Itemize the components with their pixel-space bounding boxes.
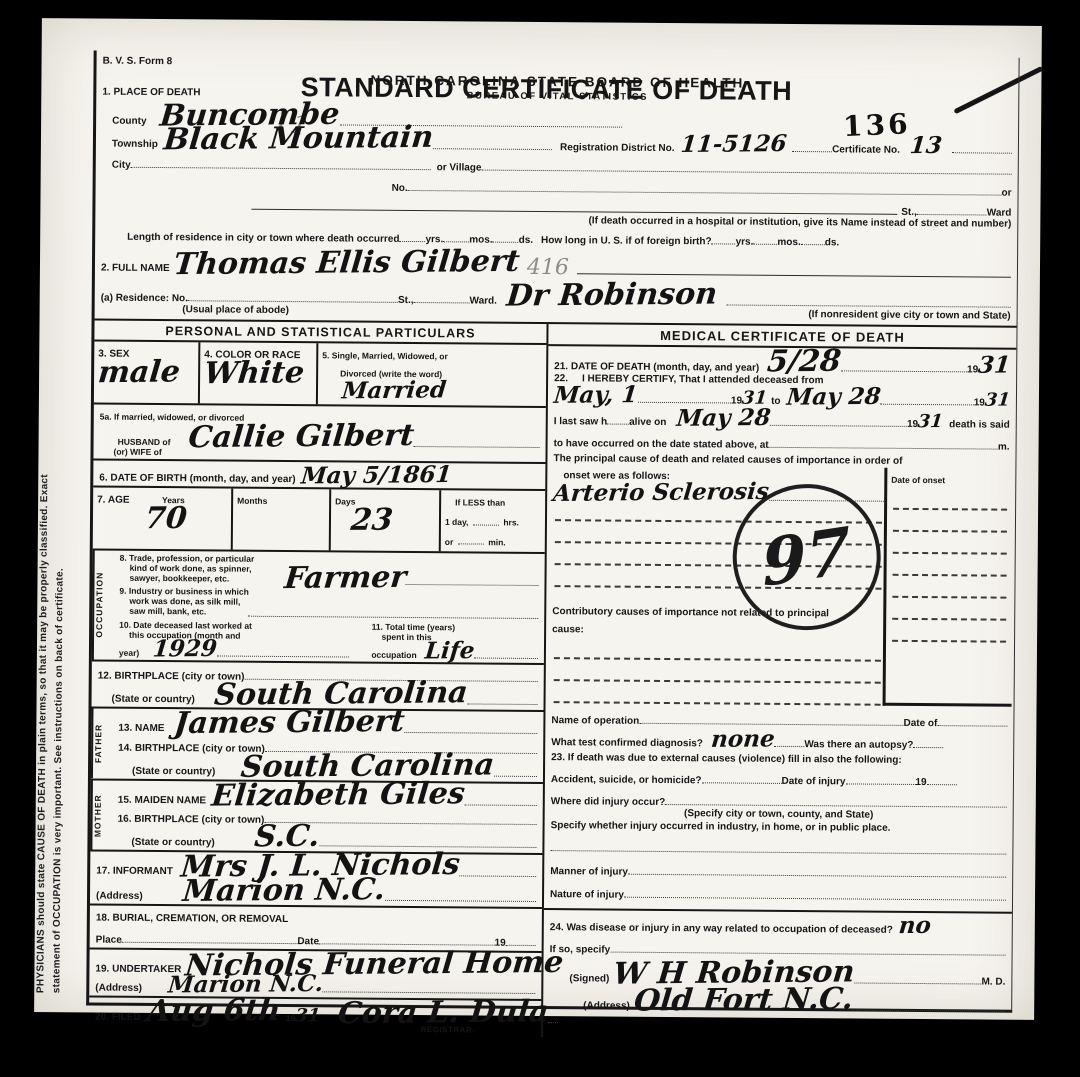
dotted-line [770,411,907,427]
occurred-label: to have occurred on the date stated abov… [554,438,769,451]
occupation-content: 8. Trade, profession, or particular kind… [113,551,545,663]
father-name-label: 13. NAME [118,723,164,734]
township-value: Black Mountain [163,127,435,152]
village-label: or Village [437,163,482,174]
father-content: 13. NAME James Gilbert 14. BIRTHPLACE (c… [112,709,544,782]
specify-note-row: Specify whether injury occurred in indus… [545,820,1013,835]
place-of-death-label: 1. PLACE OF DEATH [102,86,200,98]
dotted-line [880,390,974,405]
external-causes-label: 23. If death was due to external causes … [551,752,902,766]
abode-note: (Usual place of abode) [101,304,371,317]
dotted-line [414,433,540,449]
dotted-line [665,790,1007,807]
dotted-line [406,571,539,587]
ds-label: ds. [825,237,840,248]
dod-value: 5/28 [766,351,842,374]
dotted-line [917,200,987,215]
lastworked-value: 1929 [152,640,218,658]
ward-label2: Ward. [469,296,497,307]
doctor-name-value: Dr Robinson [506,284,719,308]
years-value: 70 [144,508,188,531]
father-side-label: FATHER [91,708,113,778]
manner-label: Manner of injury [550,866,628,878]
blank-contrib-line [554,679,881,684]
dod-year-value: 31 [977,357,1011,375]
filed-block: 20. FILED Aug 6th 19 31 Cora L. Dula REG… [89,997,541,1037]
township-label: Township [102,138,158,149]
certno-value: 13 [909,137,943,155]
lastsaw-value: May 28 [675,409,771,427]
dotted-line [217,642,349,658]
dotted-line [769,433,998,449]
industry-label-block: 9. Industry or business in which work wa… [119,586,249,617]
mother-block: MOTHER 15. MAIDEN NAME Elizabeth Giles 1… [90,780,543,855]
onset-label: Date of onset [891,474,945,484]
nature-label: Nature of injury [550,889,624,901]
age-less-cell: If LESS than 1 day, hrs. or min. [441,490,545,552]
margin-note-line1: PHYSICIANS should state CAUSE OF DEATH i… [35,63,53,993]
spouse-label-block: HUSBAND of (or) WIFE of [99,437,170,458]
test-label: What test confirmed diagnosis? [551,737,703,749]
dotted-line [323,977,536,993]
burial-place-label: Place [96,934,122,945]
personal-column: PERSONAL AND STATISTICAL PARTICULARS 3. … [89,321,549,1037]
dotted-line [494,762,537,777]
solid-line [251,195,897,215]
dotted-line [465,790,537,805]
lastsaw-label1: I last saw h [554,416,607,427]
registrar-label: REGISTRAR. [421,1025,475,1034]
mos-label: mos. [777,237,800,248]
onset-blank-line [892,596,1006,599]
birthplace-value: South Carolina [214,682,469,707]
spouse-value: Callie Gilbert [187,425,415,450]
operation-row: Name of operation Date of [545,709,1013,730]
mother-side-label: MOTHER [90,780,112,850]
onset-blank-line [892,618,1006,621]
blank-contrib-line [554,701,881,706]
dotted-line [188,287,398,303]
occupation-related-row: 24. Was disease or injury in any way rel… [544,908,1012,937]
sex-value: male [97,362,181,385]
margin-note-line2: statement of OCCUPATION is very importan… [51,63,69,993]
dotted-line [320,832,537,848]
dod-row: 21. DATE OF DEATH (month, day, and year)… [548,346,1016,376]
burial-date-label: Date [297,936,319,947]
age-years-cell: 7. AGE Years 70 [93,488,233,550]
certificate-form: B. V. S. Form 8 136 11 NORTH CAROLINA ST… [86,50,1019,1012]
autopsy-label: Was there an autopsy? [804,739,913,751]
filed-label: 20. FILED [95,1011,141,1022]
dotted-line [481,156,1011,175]
dotted-line [845,770,915,785]
onset-blank-line [893,552,1007,555]
pencil-mark-name: 416 [527,255,569,280]
dotted-line [131,154,431,171]
age-row: 7. AGE Years 70 Months Days 23 If LESS t… [93,488,545,555]
occupation-side-label: OCCUPATION [92,551,114,660]
onset-blank-line [893,530,1007,533]
spouse-label3: (or) WIFE of [99,447,170,458]
informant-addr-value: Marion N.C. [182,879,386,903]
death-said-label: death is said [949,419,1010,430]
city-label: City [102,160,131,171]
mother-bp-label2: (State or country) [117,837,214,849]
father-block: FATHER 13. NAME James Gilbert 14. BIRTHP… [91,708,544,783]
trade-row: 8. Trade, profession, or particular kind… [119,553,538,586]
months-label: Months [237,496,267,506]
dotted-line [639,710,903,727]
dotted-line [801,231,825,246]
less2-label: 1 day, [445,517,469,527]
spouse-label2: HUSBAND of [100,437,171,448]
dotted-line [727,291,1011,308]
dotted-line [610,938,1006,956]
to-label: to [771,396,781,407]
occupation-block: OCCUPATION 8. Trade, profession, or part… [92,551,545,666]
residence-length-label: Length of residence in city or town wher… [101,232,399,245]
attended-to-year: 31 [984,394,1010,408]
cause-value: Arterio Sclerosis [552,483,770,502]
totaltime-cell: 11. Total time (years) spent in this occ… [349,622,538,661]
dotted-line [937,712,1007,727]
dotted-line [506,931,536,946]
dateof-label: Date of [903,718,937,729]
certno-label: Certificate No. [832,144,900,156]
marital-label: 5. Single, Married, Widowed, or [322,350,448,361]
st-label2: St., [398,295,414,306]
address-value: Old Fort N.C. [633,988,854,1013]
dotted-line [399,227,425,242]
onset-blank-line [892,640,1006,643]
filed-year-value: 31 [295,1009,321,1023]
yrs-label: yrs. [736,237,754,248]
residence-label: (a) Residence: No. [101,293,188,305]
informant-addr-label: (Address) [96,891,143,902]
dotted-line [414,289,470,304]
accident-label: Accident, suicide, or homicide? [551,774,702,786]
attended-from-value: May, 1 [553,386,638,404]
father-bp-value: South Carolina [240,754,495,779]
dotted-line [607,410,629,425]
injury-year-print: 19 [915,777,926,788]
dod-label: 21. DATE OF DEATH (month, day, and year) [554,361,759,374]
marital-cell: 5. Single, Married, Widowed, or Divorced… [318,343,546,406]
dotted-line [702,769,782,784]
lastsaw-year: 31 [917,415,943,429]
specify-city-row: (Specify city or town, county, and State… [545,807,1013,822]
dotted-line [458,530,484,545]
test-value: none [710,731,775,749]
county-label: County [102,115,147,126]
dotted-line [249,602,539,619]
dotted-line [852,996,1005,1012]
ward-label: Ward [987,207,1012,218]
trade-value: Farmer [283,567,407,591]
undertaker-addr-value: Marion N.C. [167,975,324,994]
operation-label: Name of operation [551,715,639,727]
solid-line [577,260,1011,278]
spacer [371,314,809,317]
certificate-paper: PHYSICIANS should state CAUSE OF DEATH i… [34,18,1042,1020]
dotted-line [913,734,943,749]
nature-row: Nature of injury [544,883,1012,904]
hrs-label: hrs. [503,517,519,527]
sex-race-marital-row: 3. SEX male 4. COLOR OR RACE White 5. Si… [94,342,546,409]
dob-row: 6. DATE OF BIRTH (month, day, and year) … [93,461,545,492]
specify-note: Specify whether injury occurred in indus… [551,820,891,834]
father-bp-label2: (State or country) [118,765,215,777]
occupation-related-value: no [898,917,932,935]
dob-value: May 5/1861 [301,466,453,485]
age-label: 7. AGE [97,495,130,506]
lastworked-cell: 10. Date deceased last worked at this oc… [119,620,350,660]
regdist-label: Registration District No. [560,142,675,154]
age-months-cell: Months [233,489,331,551]
mother-name-value: Elizabeth Giles [211,783,466,808]
circled-number: 97 [761,513,852,602]
manner-row: Manner of injury [544,859,1012,880]
dotted-line [628,860,1006,878]
informant-block: 17. INFORMANT Mrs J. L. Nichols (Address… [90,852,542,910]
dotted-line [927,770,957,785]
st-label: St., [901,206,917,217]
date-of-onset-box: Date of onset [883,467,1014,706]
address-row: (Address) Old Fort N.C. [543,988,1011,1015]
blank-contrib-line [554,657,881,662]
dotted-line [841,357,967,373]
dotted-line [753,230,777,245]
industry-label3: saw mill, bank, etc. [119,606,248,617]
test-row: What test confirmed diagnosis? none Was … [545,729,1013,752]
dotted-line [493,228,519,243]
dotted-line [122,928,298,944]
less1-label: If LESS than [445,497,505,507]
sex-cell: 3. SEX male [94,342,200,404]
totaltime-label3: occupation [357,650,416,660]
dotted-line [712,230,736,245]
or-label2: or [445,537,454,547]
trade-label3: sawyer, bookkeeper, etc. [119,573,254,584]
injury-date-label: Date of injury [781,776,845,788]
birthplace-label2: (State or country) [98,693,195,705]
lastworked-label3: year) [119,648,139,658]
lastworked-row: 10. Date deceased last worked at this oc… [119,620,538,661]
undertaker-block: 19. UNDERTAKER Nichols Funeral Home (Add… [89,949,541,1001]
attended-to-value: May 28 [786,388,882,406]
no-label: No. [392,183,408,194]
registrar-signature: Cora L. Dula [337,1001,550,1025]
race-value: White [203,362,305,385]
dotted-line [624,883,1006,901]
dotted-line [952,138,1012,153]
age-days-cell: Days 23 [331,490,441,552]
informant-label: 17. INFORMANT [96,866,173,878]
dotted-line [550,837,1006,855]
form-columns: PERSONAL AND STATISTICAL PARTICULARS 3. … [89,319,1017,1041]
mother-bp-value: S.C. [254,826,321,849]
undertaker-addr-label: (Address) [95,982,142,993]
onset-blank-line [893,508,1007,511]
nonresident-note: (If nonresident give city or town and St… [808,309,1010,322]
dob-label: 6. DATE OF BIRTH (month, day, and year) [99,473,295,486]
m-label: m. [998,441,1010,452]
medical-column: MEDICAL CERTIFICATE OF DEATH 97 21. DATE… [543,324,1017,1040]
md-label: M. D. [981,976,1005,987]
or-label: or [1002,188,1012,199]
occupation-related-label: 24. Was disease or injury in any way rel… [550,922,893,936]
dotted-line [792,137,832,152]
specify-city-note: (Specify city or town, county, and State… [551,807,1007,822]
burial-label: 18. BURIAL, CREMATION, OR REMOVAL [96,913,289,926]
accident-row: Accident, suicide, or homicide? Date of … [545,767,1013,788]
totaltime-value: Life [424,642,475,660]
dotted-line [408,176,1002,195]
dotted-line [468,690,538,705]
onset-blank-line [893,574,1007,577]
dotted-line [385,886,537,902]
dotted-line [774,733,804,748]
lastsaw-label2: alive on [629,417,666,428]
ifso-label: If so, specify [550,944,611,955]
certify-block: 22. I HEREBY CERTIFY, That I attended de… [547,372,1016,468]
spacer [101,208,251,209]
spacer [102,188,392,190]
father-name-value: James Gilbert [173,711,405,736]
dotted-line [473,511,499,526]
race-cell: 4. COLOR OR RACE White [200,342,318,404]
regdist-value: 11-5126 [680,135,787,153]
contributory-label2: cause: [552,624,584,635]
filed-date-value: Aug 6th [146,1000,281,1024]
days-value: 23 [350,510,394,533]
dotted-line [637,388,731,403]
spouse-row: 5a. If married, widowed, or divorced HUS… [93,405,545,465]
dotted-line [443,228,469,243]
dotted-line [474,644,538,659]
mother-content: 15. MAIDEN NAME Elizabeth Giles 16. BIRT… [111,780,543,853]
min-label: min. [488,537,506,547]
full-name-label: 2. FULL NAME [101,263,170,275]
blank-injury-row [544,837,1012,855]
dotted-line [854,969,981,985]
dotted-line [404,718,537,734]
mother-name-label: 15. MAIDEN NAME [118,794,206,806]
form-number: B. V. S. Form 8 [103,56,173,68]
external-causes-row: 23. If death was due to external causes … [545,752,1013,767]
address-label: (Address) [549,1000,630,1012]
dotted-line [433,134,552,150]
dotted-line [319,929,495,945]
foreign-birth-label: How long in U. S. if of foreign birth? [541,235,712,247]
where-injury-label: Where did injury occur? [551,796,666,808]
trade-label-block: 8. Trade, profession, or particular kind… [119,553,254,584]
full-name-value: Thomas Ellis Gilbert [172,251,520,277]
spacer [892,101,1012,102]
dotted-line [459,862,536,877]
signed-label: (Signed) [549,973,609,984]
marital-value: Married [341,381,447,399]
